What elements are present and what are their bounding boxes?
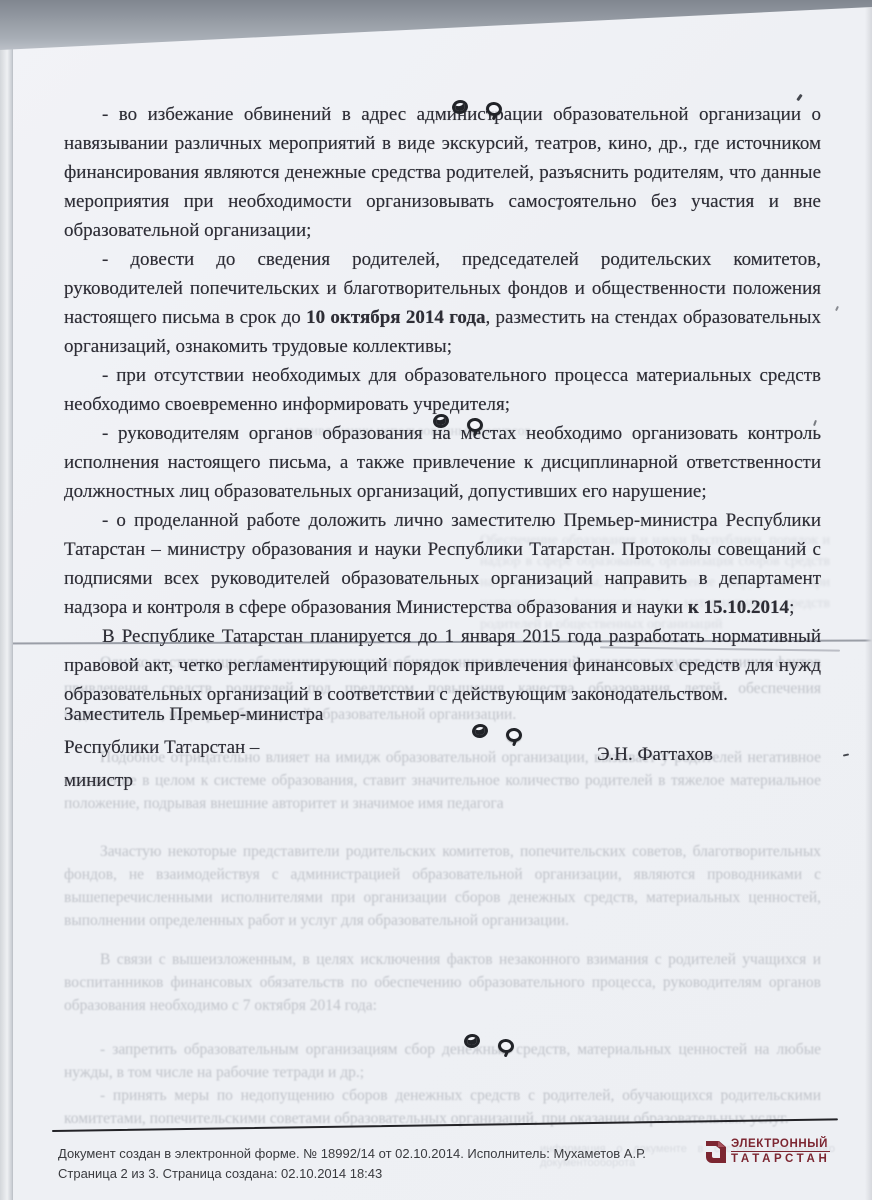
logo-text-top: ЭЛЕКТРОННЫЙ bbox=[731, 1138, 830, 1152]
letter-paragraph: - довести до сведения родителей, председ… bbox=[64, 245, 821, 361]
scanner-edge-left bbox=[0, 0, 13, 1200]
electronic-tatarstan-logo: ЭЛЕКТРОННЫЙ ТАТАРСТАН bbox=[700, 1138, 830, 1165]
letter-paragraph: В Республике Татарстан планируется до 1 … bbox=[64, 622, 821, 709]
footer-page-info: Страница 2 из 3. Страница создана: 02.10… bbox=[58, 1164, 646, 1184]
signer-title-line: Заместитель Премьер-министра bbox=[64, 698, 821, 731]
letter-paragraph: - о проделанной работе доложить лично за… bbox=[64, 506, 821, 622]
letter-paragraph: - руководителям органов образования на м… bbox=[64, 419, 821, 506]
electronic-tatarstan-logo-icon bbox=[700, 1140, 727, 1164]
footer: Документ создан в электронной форме. № 1… bbox=[58, 1144, 646, 1184]
scanner-edge-top bbox=[0, 0, 872, 56]
letter-paragraph: - при отсутствии необходимых для образов… bbox=[64, 361, 821, 419]
scanned-letter-page: и привлечении использованных ресурсов Об… bbox=[0, 0, 872, 1200]
bleedthrough-paragraph: Зачастую некоторые представители родител… bbox=[64, 840, 821, 932]
bleedthrough-paragraph: - запретить образовательным организациям… bbox=[64, 1038, 821, 1084]
ink-speck bbox=[843, 753, 849, 756]
letter-body: - во избежание обвинений в адрес админис… bbox=[64, 100, 821, 709]
scanner-edge-right bbox=[865, 0, 872, 1200]
ink-speck bbox=[835, 306, 839, 311]
footer-doc-info: Документ создан в электронной форме. № 1… bbox=[58, 1144, 646, 1164]
logo-text-bottom: ТАТАРСТАН bbox=[731, 1153, 830, 1165]
signer-name: Э.Н. Фаттахов bbox=[597, 738, 713, 771]
bleedthrough-paragraph: - принять меры по недопущению сборов ден… bbox=[64, 1084, 821, 1130]
bleedthrough-paragraph: В связи с вышеизложенным, в целях исключ… bbox=[64, 948, 821, 1017]
signature-block: Заместитель Премьер-министра Республики … bbox=[64, 698, 821, 797]
letter-paragraph: - во избежание обвинений в адрес админис… bbox=[64, 100, 821, 245]
